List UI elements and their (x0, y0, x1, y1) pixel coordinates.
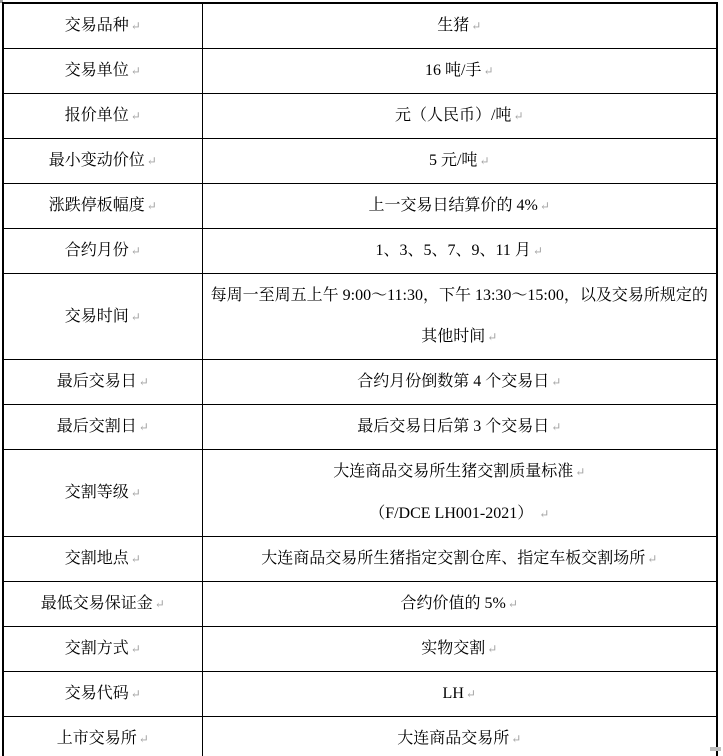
spec-label-text: 报价单位 (65, 107, 129, 124)
paragraph-mark-icon: ↵ (466, 687, 476, 701)
spec-value-line: 实物交割↵ (206, 628, 714, 670)
spec-value-line: （F/DCE LH001-2021） ↵ (206, 493, 714, 535)
spec-label: 涨跌停板幅度↵ (7, 185, 199, 227)
spec-label-text: 最后交易日 (57, 373, 137, 390)
spec-value-line-text: 大连商品交易所生猪交割质量标准 (333, 463, 573, 480)
spec-label-text: 交易代码 (65, 685, 129, 702)
spec-label: 报价单位↵ (7, 95, 199, 137)
paragraph-mark-icon: ↵ (487, 330, 497, 344)
spec-value-line-text: 生猪 (437, 17, 469, 34)
table-row: 报价单位↵元（人民币）/吨↵ (3, 94, 717, 139)
spec-value-cell[interactable]: 最后交易日后第 3 个交易日↵ (202, 405, 717, 450)
spec-value-cell[interactable]: 元（人民币）/吨↵ (202, 94, 717, 139)
spec-label: 最低交易保证金↵ (7, 583, 199, 625)
spec-label: 最后交割日↵ (7, 406, 199, 448)
table-row: 交易时间↵每周一至周五上午 9:00～11:30，下午 13:30～15:00，… (3, 274, 717, 360)
paragraph-mark-icon: ↵ (551, 375, 561, 389)
spec-label-text: 交易时间 (65, 308, 129, 325)
spec-label-cell[interactable]: 交易代码↵ (3, 672, 202, 717)
paragraph-mark-icon: ↵ (139, 420, 149, 434)
spec-value-line: 最后交易日后第 3 个交易日↵ (206, 406, 714, 448)
spec-label-text: 合约月份 (65, 242, 129, 259)
spec-value-cell[interactable]: LH↵ (202, 672, 717, 717)
spec-label-cell[interactable]: 交易时间↵ (3, 274, 202, 360)
spec-value-line: LH↵ (206, 673, 714, 715)
spec-value-line: 元（人民币）/吨↵ (206, 95, 714, 137)
spec-value-line-text: 大连商品交易所 (397, 730, 509, 747)
table-resize-handle[interactable] (710, 747, 721, 751)
spec-label-text: 交割方式 (65, 640, 129, 657)
paragraph-mark-icon: ↵ (471, 19, 481, 33)
spec-label-text: 交割地点 (65, 550, 129, 567)
spec-value-line-text: 合约月份倒数第 4 个交易日 (357, 373, 549, 390)
paragraph-mark-icon: ↵ (139, 375, 149, 389)
spec-label-cell[interactable]: 交割地点↵ (3, 537, 202, 582)
paragraph-mark-icon: ↵ (513, 109, 523, 123)
spec-label-cell[interactable]: 最后交易日↵ (3, 360, 202, 405)
paragraph-mark-icon: ↵ (155, 597, 165, 611)
paragraph-mark-icon: ↵ (139, 732, 149, 746)
spec-value-line: 合约月份倒数第 4 个交易日↵ (206, 361, 714, 403)
spec-value-cell[interactable]: 1、3、5、7、9、11 月↵ (202, 229, 717, 274)
spec-value-line: 每周一至周五上午 9:00～11:30，下午 13:30～15:00，以及交易所… (206, 275, 714, 316)
spec-label-cell[interactable]: 交割方式↵ (3, 627, 202, 672)
spec-label-cell[interactable]: 涨跌停板幅度↵ (3, 184, 202, 229)
paragraph-mark-icon: ↵ (131, 310, 141, 324)
spec-value-line: 1、3、5、7、9、11 月↵ (206, 230, 714, 272)
paragraph-mark-icon: ↵ (483, 64, 493, 78)
paragraph-mark-icon: ↵ (511, 732, 521, 746)
spec-value-line-text: 上一交易日结算价的 4% (369, 197, 538, 214)
table-row: 最低交易保证金↵合约价值的 5%↵ (3, 582, 717, 627)
spec-label-cell[interactable]: 最小变动价位↵ (3, 139, 202, 184)
spec-label: 交易时间↵ (7, 296, 199, 338)
spec-label-text: 涨跌停板幅度 (49, 197, 145, 214)
spec-label: 最小变动价位↵ (7, 140, 199, 182)
spec-value-line: 合约价值的 5%↵ (206, 583, 714, 625)
spec-value-cell[interactable]: 大连商品交易所↵ (202, 717, 717, 756)
spec-value-cell[interactable]: 大连商品交易所生猪指定交割仓库、指定车板交割场所↵ (202, 537, 717, 582)
paragraph-mark-icon: ↵ (508, 597, 518, 611)
spec-label: 最后交易日↵ (7, 361, 199, 403)
spec-label-text: 上市交易所 (57, 730, 137, 747)
spec-label: 交易单位↵ (7, 50, 199, 92)
spec-value-line: 其他时间↵ (206, 316, 714, 358)
table-row: 最后交割日↵最后交易日后第 3 个交易日↵ (3, 405, 717, 450)
spec-label: 上市交易所↵ (7, 718, 199, 756)
spec-value-line: 5 元/吨↵ (206, 140, 714, 182)
spec-label-cell[interactable]: 交易品种↵ (3, 3, 202, 49)
paragraph-mark-icon: ↵ (487, 642, 497, 656)
spec-value-line: 大连商品交易所生猪指定交割仓库、指定车板交割场所↵ (206, 538, 714, 580)
table-row: 涨跌停板幅度↵上一交易日结算价的 4%↵ (3, 184, 717, 229)
spec-label-text: 最小变动价位 (49, 152, 145, 169)
spec-value-line-text: 大连商品交易所生猪指定交割仓库、指定车板交割场所 (261, 550, 645, 567)
spec-value-line: 生猪↵ (206, 5, 714, 47)
spec-label-text: 最低交易保证金 (41, 595, 153, 612)
contract-spec-table: 交易品种↵生猪↵交易单位↵16 吨/手↵报价单位↵元（人民币）/吨↵最小变动价位… (2, 2, 718, 756)
paragraph-mark-icon: ↵ (131, 486, 141, 500)
spec-value-line-text: 实物交割 (421, 640, 485, 657)
table-row: 交易品种↵生猪↵ (3, 3, 717, 49)
paragraph-mark-icon: ↵ (147, 154, 157, 168)
spec-value-cell[interactable]: 合约月份倒数第 4 个交易日↵ (202, 360, 717, 405)
paragraph-mark-icon: ↵ (575, 465, 585, 479)
spec-value-line: 大连商品交易所↵ (206, 718, 714, 756)
paragraph-mark-icon: ↵ (551, 420, 561, 434)
paragraph-mark-icon: ↵ (131, 687, 141, 701)
spec-value-line-text: 合约价值的 5% (401, 595, 506, 612)
spec-label: 合约月份↵ (7, 230, 199, 272)
spec-label-cell[interactable]: 上市交易所↵ (3, 717, 202, 756)
table-row: 合约月份↵1、3、5、7、9、11 月↵ (3, 229, 717, 274)
spec-value-line: 上一交易日结算价的 4%↵ (206, 185, 714, 227)
spec-value-line-text: 元（人民币）/吨 (395, 107, 511, 124)
paragraph-mark-icon: ↵ (131, 642, 141, 656)
spec-label-text: 交易品种 (65, 17, 129, 34)
paragraph-mark-icon: ↵ (131, 64, 141, 78)
spec-value-line-text: （F/DCE LH001-2021） (369, 505, 537, 522)
paragraph-mark-icon: ↵ (479, 154, 489, 168)
table-row: 交割等级↵大连商品交易所生猪交割质量标准↵（F/DCE LH001-2021） … (3, 450, 717, 537)
spec-value-line-text: 最后交易日后第 3 个交易日 (357, 418, 549, 435)
spec-value-cell[interactable]: 合约价值的 5%↵ (202, 582, 717, 627)
spec-label-text: 最后交割日 (57, 418, 137, 435)
table-row: 最小变动价位↵5 元/吨↵ (3, 139, 717, 184)
table-row: 最后交易日↵合约月份倒数第 4 个交易日↵ (3, 360, 717, 405)
paragraph-mark-icon: ↵ (131, 552, 141, 566)
spec-label-cell[interactable]: 合约月份↵ (3, 229, 202, 274)
spec-value-cell[interactable]: 实物交割↵ (202, 627, 717, 672)
spec-value-line: 大连商品交易所生猪交割质量标准↵ (206, 451, 714, 493)
paragraph-mark-icon: ↵ (533, 244, 543, 258)
spec-value-line-text: 1、3、5、7、9、11 月 (376, 242, 531, 259)
spec-label-cell[interactable]: 最后交割日↵ (3, 405, 202, 450)
spec-label-cell[interactable]: 最低交易保证金↵ (3, 582, 202, 627)
paragraph-mark-icon: ↵ (131, 244, 141, 258)
spec-value-line-text: 其他时间 (421, 328, 485, 345)
spec-label: 交割地点↵ (7, 538, 199, 580)
paragraph-mark-icon: ↵ (647, 552, 657, 566)
spec-value-line-text: 16 吨/手 (425, 62, 481, 79)
paragraph-mark-icon: ↵ (131, 19, 141, 33)
spec-value-line-text: LH (443, 685, 464, 702)
spec-label-text: 交易单位 (65, 62, 129, 79)
paragraph-mark-icon: ↵ (540, 199, 550, 213)
spec-value-cell[interactable]: 16 吨/手↵ (202, 49, 717, 94)
spec-value-cell[interactable]: 生猪↵ (202, 3, 717, 49)
paragraph-mark-icon: ↵ (539, 507, 549, 521)
table-row: 交易代码↵LH↵ (3, 672, 717, 717)
spec-label-cell[interactable]: 交易单位↵ (3, 49, 202, 94)
spec-label-text: 交割等级 (65, 484, 129, 501)
spec-value-line-text: 每周一至周五上午 9:00～11:30，下午 13:30～15:00，以及交易所… (211, 287, 708, 304)
spec-label: 交割方式↵ (7, 628, 199, 670)
table-row: 上市交易所↵大连商品交易所↵ (3, 717, 717, 756)
spec-label: 交易品种↵ (7, 5, 199, 47)
table-row: 交易单位↵16 吨/手↵ (3, 49, 717, 94)
spec-label-cell[interactable]: 交割等级↵ (3, 450, 202, 537)
spec-label: 交割等级↵ (7, 472, 199, 514)
spec-value-line: 16 吨/手↵ (206, 50, 714, 92)
spec-label-cell[interactable]: 报价单位↵ (3, 94, 202, 139)
paragraph-mark-icon: ↵ (131, 109, 141, 123)
table-row: 交割地点↵大连商品交易所生猪指定交割仓库、指定车板交割场所↵ (3, 537, 717, 582)
table-row: 交割方式↵实物交割↵ (3, 627, 717, 672)
spec-value-cell[interactable]: 每周一至周五上午 9:00～11:30，下午 13:30～15:00，以及交易所… (202, 274, 717, 360)
spec-value-cell[interactable]: 5 元/吨↵ (202, 139, 717, 184)
spec-label: 交易代码↵ (7, 673, 199, 715)
paragraph-mark-icon: ↵ (147, 199, 157, 213)
spec-value-cell[interactable]: 大连商品交易所生猪交割质量标准↵（F/DCE LH001-2021） ↵ (202, 450, 717, 537)
spec-value-line-text: 5 元/吨 (429, 152, 477, 169)
spec-value-cell[interactable]: 上一交易日结算价的 4%↵ (202, 184, 717, 229)
